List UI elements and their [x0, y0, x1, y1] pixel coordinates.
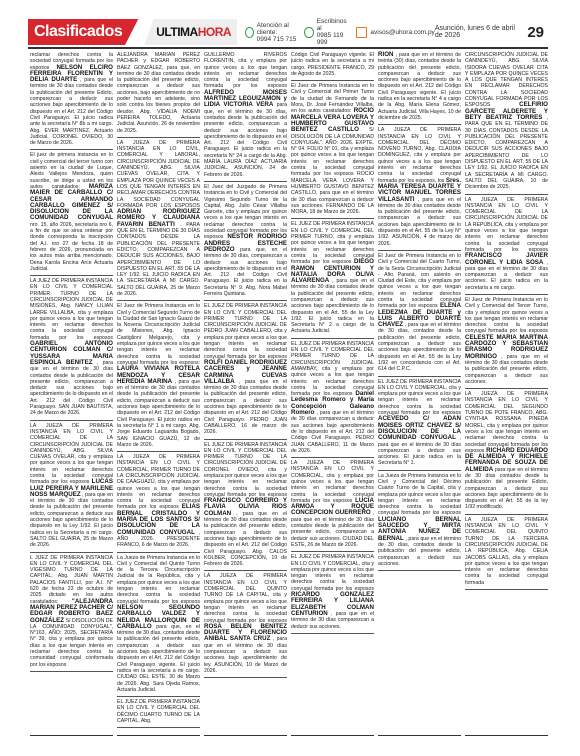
section-title: Clasificados — [28, 19, 138, 45]
legal-notice: LA JUEZA DE PRIMERA INSTANCIA EN LO CIVI… — [30, 421, 113, 553]
party-names: ALFREDO MOISES MARTINEZ LEGUIZAMON y LID… — [204, 89, 287, 109]
legal-notice: El Juez de Primera Instancia en lo Civil… — [378, 251, 461, 377]
legal-notice: GUILLERMO RIVEROS FLORENTIN, cita y empl… — [204, 50, 287, 182]
whatsapp-icon — [245, 27, 254, 38]
legal-notice: LA JUEZA DE PRIMERA INSTANCIA EN LO CIVI… — [117, 138, 200, 301]
legal-notice: La Jueza de Primera Instancia en lo Civi… — [378, 471, 461, 571]
legal-notice: LA JUEZA DE PRIMERA INSTANCIA EN LO CIVI… — [378, 125, 461, 251]
legal-notice: Código Civil Paraguayo vigente. El juici… — [291, 50, 374, 81]
legal-notice: El Juez de Primera Instancia en lo Civil… — [465, 295, 548, 389]
legal-notice: EL JUEZ DE PRIMERA INSTANCIA EN LO CIVIL… — [291, 219, 374, 338]
legal-notice: El juez de primera instancia en lo civil… — [30, 150, 113, 276]
column-1: reclamar derechos contra la sociedad con… — [30, 50, 113, 736]
legal-notice: CIRCUNSCRIPCIÓN JUDICIAL DE CANINDEYÚ, A… — [465, 50, 548, 195]
column-2: ALEJANDRA MARIAN PÉREZ PACHER y EDGAR RO… — [117, 50, 200, 736]
column-3: GUILLERMO RIVEROS FLORENTIN, cita y empl… — [204, 50, 287, 736]
classifieds-columns: reclamar derechos contra la sociedad con… — [30, 50, 548, 736]
legal-notice: EL JUEZ DE PRIMERA INSTANCIA EN LO CIVIL… — [291, 339, 374, 458]
legal-notice: EL JUEZ DE PRIMERA INSTANCIA EN LO CIVIL… — [378, 377, 461, 471]
legal-notice: LA JUEZA DE PRIMERA INSTANCIA EN LO CIVI… — [465, 389, 548, 515]
legal-notice: EL JUEZ DE PRIMERA INSTANCIA EN LO CIVIL… — [204, 301, 287, 439]
legal-notice: LA JUEZA DE PRIMERA INSTANCIA EN LO CIVI… — [117, 452, 200, 552]
page-header: Clasificados ULTIMAHORA Atención al clie… — [28, 17, 548, 49]
whatsapp-icon — [304, 27, 313, 38]
column-6: CIRCUNSCRIPCIÓN JUDICIAL DE CANINDEYÚ, A… — [465, 50, 548, 736]
column-4: Código Civil Paraguayo vigente. El juici… — [291, 50, 374, 736]
legal-notice: EL JUEZ DE PRIMERA INSTANCIA EN LO CIVIL… — [204, 440, 287, 572]
email-contact: avisos@uhora.com.py — [356, 27, 434, 38]
customer-service-contact: Atención al cliente:0994 715 715 — [245, 22, 296, 43]
page-number: 29 — [527, 24, 544, 41]
legal-notice: EL JUEZ DE PRIMERA INSTANCIA EN LO CIVIL… — [117, 697, 200, 728]
legal-notice: ALEJANDRA MARIAN PÉREZ PACHER y EDGAR RO… — [117, 50, 200, 138]
legal-notice: El Juez de Primera Instancia en lo Civil… — [117, 301, 200, 452]
issue-date: Asunción, lunes 6 de abril de 2026 — [435, 25, 516, 39]
legal-notice: LA JUEZA DE PRIMERA INSTANCIA EN LO CIVI… — [291, 458, 374, 552]
party-names: ACEVEDO C/ ADAN MOISES ORTIZ CHAVEZ S/ D… — [378, 415, 461, 441]
column-5: RION , para que en el término de treinta… — [378, 50, 461, 736]
whatsapp-contact: Escribinos al0985 119 999 — [304, 18, 348, 46]
legal-notice: LA JUEZ DE PRIMERA INSTANCIA EN LO CIVIL… — [30, 276, 113, 421]
legal-notice: El Juez de Primera Instancia en lo Civil… — [291, 81, 374, 219]
legal-notice: LA JUEZA DE PRIMERA INSTANCIA EN LO CIVI… — [465, 515, 548, 590]
party-names: FRANCISCO JAVIER CORONEL Y LIDIA SOSA — [465, 252, 548, 265]
legal-notice: LA JUEZA DE PRIMERA INSTANCIA EN LO CIVI… — [465, 195, 548, 295]
legal-notice: El Juez del Juzgado de Primera Instancia… — [204, 182, 287, 301]
legal-notice: RION , para que en el término de treinta… — [378, 50, 461, 125]
newspaper-logo: ULTIMAHORA — [144, 19, 237, 45]
legal-notice: reclamar derechos contra la sociedad con… — [30, 50, 113, 150]
party-names: MARIZA MAIER DE CARBALLO C/ CESAR ARMAND… — [30, 183, 113, 221]
legal-notice: L JUEZ DE PRIMERA INSTANCIA EN LO CIVIL … — [30, 553, 113, 672]
legal-notice: LA JUEZA DE PRIMERA INSTANCIA EN LO CIVI… — [204, 571, 287, 678]
legal-notice: La Jueza de Primera Instancia en lo Civi… — [117, 553, 200, 698]
legal-notice: EL JUEZ DE PRIMERA INSTANCIA EN LO CIVIL… — [291, 552, 374, 634]
email-link[interactable]: avisos@uhora.com.py — [370, 29, 434, 36]
mail-icon — [356, 27, 367, 38]
party-names: RION — [378, 51, 393, 58]
